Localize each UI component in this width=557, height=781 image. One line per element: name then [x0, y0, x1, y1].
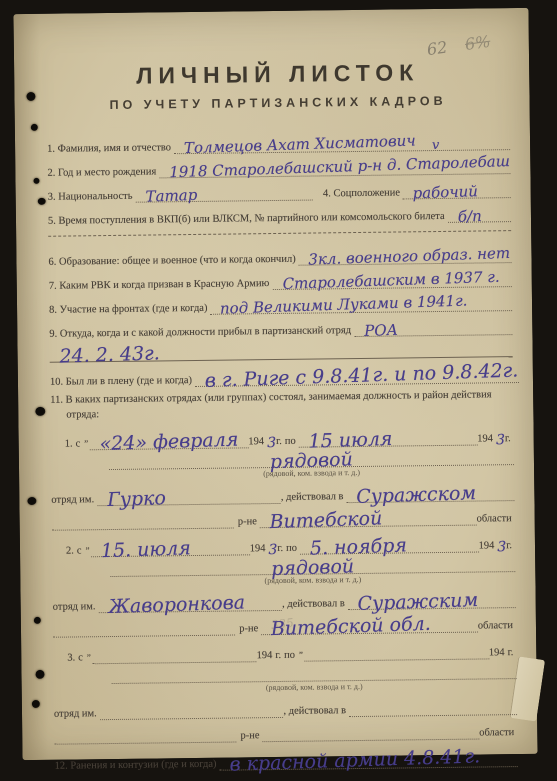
- section-divider: [48, 229, 511, 237]
- from-month-value: 15. июля: [100, 544, 190, 556]
- oblast-label: области: [478, 619, 516, 632]
- oblast-value: Витебской обл.: [271, 620, 431, 634]
- punch-hole: [31, 124, 38, 131]
- form-content: ЛИЧНЫЙ ЛИСТОК ПО УЧЕТУ ПАРТИЗАНСКИХ КАДР…: [46, 58, 518, 774]
- punch-hole: [35, 670, 44, 679]
- oblast-line: Витебской: [260, 512, 477, 529]
- year-prefix: 194: [248, 435, 267, 448]
- field-wounds-label: 12. Ранения и контузии (где и когда): [55, 758, 220, 773]
- to-year-digit: 3: [497, 543, 506, 552]
- field-captivity-line: в г. Риге с 9.8.41г. и по 9.8.42г.: [195, 369, 519, 387]
- unit-name-line: [100, 704, 284, 720]
- entry-number: 2.: [52, 544, 77, 557]
- rank-value: рядовой: [270, 455, 353, 467]
- to-month-line: 15 июля: [299, 432, 478, 448]
- field-education-value: 3кл. военного образ. нет: [308, 249, 510, 265]
- punch-hole: [34, 617, 41, 624]
- acted-line: Суражским: [348, 594, 516, 610]
- field-arrival-value: РОА: [364, 326, 398, 336]
- field-units-label: 11. В каких партизанских отрядах (или гр…: [50, 387, 513, 423]
- field-birth-value: 1918 Старолебашский р-н д. Старолебаш: [169, 157, 510, 177]
- entry-number: 1.: [51, 437, 76, 450]
- field-party-line: б/п: [448, 208, 511, 223]
- field-arrival-date-value: 24. 2. 43г.: [59, 349, 159, 361]
- punch-hole: [26, 92, 35, 101]
- punch-hole: [35, 407, 45, 416]
- field-nationality-line: Татар: [135, 187, 313, 203]
- oblast-label: области: [479, 726, 517, 739]
- year-suffix: г.: [507, 646, 516, 659]
- field-party-label: 5. Время поступления в ВКП(б) или ВЛКСМ,…: [48, 210, 448, 228]
- to-month-value: 15 июля: [308, 435, 392, 447]
- document-page: 62 6% 335 ЛИЧНЫЙ ЛИСТОК ПО УЧЕТУ ПАРТИЗА…: [13, 8, 537, 760]
- field-rvk-label: 7. Каким РВК и когда призван в Красную А…: [49, 277, 273, 293]
- entry-number: 3.: [53, 651, 78, 664]
- acted-value: Суражским: [358, 596, 479, 609]
- field-captivity-label: 10. Был ли в плену (где и когда): [50, 374, 195, 389]
- year-suffix: г.: [506, 539, 515, 552]
- field-fronts-label: 8. Участие на фронтах (где и когда): [49, 302, 211, 317]
- from-month-value: «24» февраля: [99, 436, 238, 450]
- field-fronts-value: под Великими Луками в 1941г.: [220, 296, 468, 313]
- field-nationality-row: 3. Национальность Татар 4. Соцположение …: [48, 175, 511, 204]
- pencil-annotations: 62 6%: [412, 32, 492, 62]
- region-row: р-не области: [54, 716, 517, 745]
- year-suffix: г.: [275, 649, 284, 662]
- to-month-line: [304, 645, 489, 661]
- field-wounds-line: в красной армии 4.8.41г.: [219, 753, 517, 771]
- year-suffix: г.: [276, 435, 285, 448]
- year-prefix: 194: [478, 539, 497, 552]
- year-prefix: 194: [250, 542, 269, 555]
- acted-line: Суражском: [346, 487, 514, 503]
- unit-name-label: отряд им.: [53, 600, 99, 614]
- field-arrival-line: РОА: [354, 321, 512, 337]
- oblast-label: области: [476, 512, 514, 525]
- to-year-digit: 3: [496, 436, 505, 445]
- unit-entry-3: 3. с ” 194 г. по ” 194 г.: [53, 637, 517, 745]
- from-month-line: «24» февраля: [89, 434, 248, 450]
- field-rvk-value: Старолебашским в 1937 г.: [282, 273, 499, 289]
- field-social-line: рабочий: [403, 184, 511, 199]
- unit-name-label: отряд им.: [51, 493, 97, 507]
- field-arrival-date-line: 24. 2. 43г.: [50, 343, 513, 363]
- field-surname-value: Толмецов Ахат Хисматович: [184, 136, 416, 153]
- field-nationality-label: 3. Национальность: [48, 190, 136, 204]
- unit-name-line: Гурко: [97, 490, 281, 506]
- field-wounds-value: в красной армии 4.8.41г.: [229, 752, 480, 769]
- to-month-value: 5. ноября: [310, 541, 407, 553]
- to-label: по: [284, 649, 298, 662]
- field-education-line: 3кл. военного образ. нет: [299, 249, 512, 266]
- oblast-value: Витебской: [270, 514, 383, 527]
- year-prefix: 194: [256, 649, 275, 662]
- acted-label: , действовал в: [282, 597, 348, 611]
- field-rvk-line: Старолебашским в 1937 г.: [272, 273, 512, 290]
- field-social-label: 4. Соцположение: [313, 186, 403, 200]
- unit-name-label: отряд им.: [54, 707, 100, 721]
- punch-hole: [38, 198, 46, 205]
- year-suffix: г.: [277, 542, 286, 555]
- unit-entry-1: 1. с ” «24» февраля 194 3 г. по 15 июля …: [51, 423, 515, 531]
- pencil-number-crossed-out: 6%: [464, 32, 492, 54]
- unit-name-row: отряд им. Гурко , действовал в Суражском: [51, 478, 514, 507]
- page-title: ЛИЧНЫЙ ЛИСТОК: [46, 58, 509, 91]
- field-party-value: б/п: [457, 212, 481, 222]
- unit-name-value: Гурко: [107, 494, 166, 505]
- punch-hole: [33, 178, 39, 184]
- from-prefix: с: [76, 437, 84, 450]
- oblast-line: Витебской обл.: [261, 619, 478, 636]
- from-prefix: с: [78, 651, 86, 664]
- year-prefix: 194: [489, 646, 508, 659]
- punch-hole: [32, 700, 40, 708]
- to-label: по: [285, 435, 299, 448]
- pencil-number: 62: [426, 38, 449, 60]
- oblast-line: [262, 726, 479, 743]
- to-month-line: 5. ноября: [300, 539, 479, 555]
- year-prefix: 194: [477, 432, 496, 445]
- rayon-label: р-не: [235, 622, 261, 635]
- field-nationality-value: Татар: [145, 191, 197, 202]
- unit-name-value: Жаворонкова: [108, 599, 245, 613]
- unit-name-row: отряд им. Жаворонкова , действовал в Сур…: [53, 585, 516, 614]
- acted-label: , действовал в: [283, 704, 349, 718]
- acted-value: Суражском: [356, 489, 476, 502]
- unit-name-line: Жаворонкова: [98, 597, 282, 613]
- checkmark: v: [432, 141, 440, 150]
- from-prefix: с: [77, 544, 85, 557]
- field-party-row: 5. Время поступления в ВКП(б) или ВЛКСМ,…: [48, 199, 511, 228]
- field-wounds-row: 12. Ранения и контузии (где и когда) в к…: [54, 744, 517, 773]
- rank-value: рядовой: [271, 562, 354, 574]
- year-suffix: г.: [505, 432, 514, 445]
- acted-label: , действовал в: [281, 490, 347, 504]
- from-month-line: [92, 648, 257, 664]
- field-arrival-date-row: 24. 2. 43г.: [49, 336, 512, 363]
- rayon-line: [52, 515, 234, 531]
- rayon-line: [53, 622, 235, 638]
- field-social-value: рабочий: [413, 187, 479, 198]
- unit-entry-2: 2. с ” 15. июля 194 3 г. по 5. ноября 19…: [52, 530, 516, 638]
- rayon-line: [54, 729, 236, 745]
- acted-line: [349, 701, 517, 717]
- field-birth-label: 2. Год и место рождения: [47, 165, 159, 179]
- from-month-line: 15. июля: [90, 541, 249, 557]
- page-subtitle: ПО УЧЕТУ ПАРТИЗАНСКИХ КАДРОВ: [46, 93, 509, 113]
- to-label: по: [286, 542, 300, 555]
- field-captivity-value: в г. Риге с 9.8.41г. и по 9.8.42г.: [205, 366, 519, 385]
- rayon-label: р-не: [234, 515, 260, 528]
- rayon-label: р-не: [236, 729, 262, 742]
- field-surname-label: 1. Фамилия, имя и отчество: [47, 141, 174, 156]
- punch-hole: [27, 497, 36, 505]
